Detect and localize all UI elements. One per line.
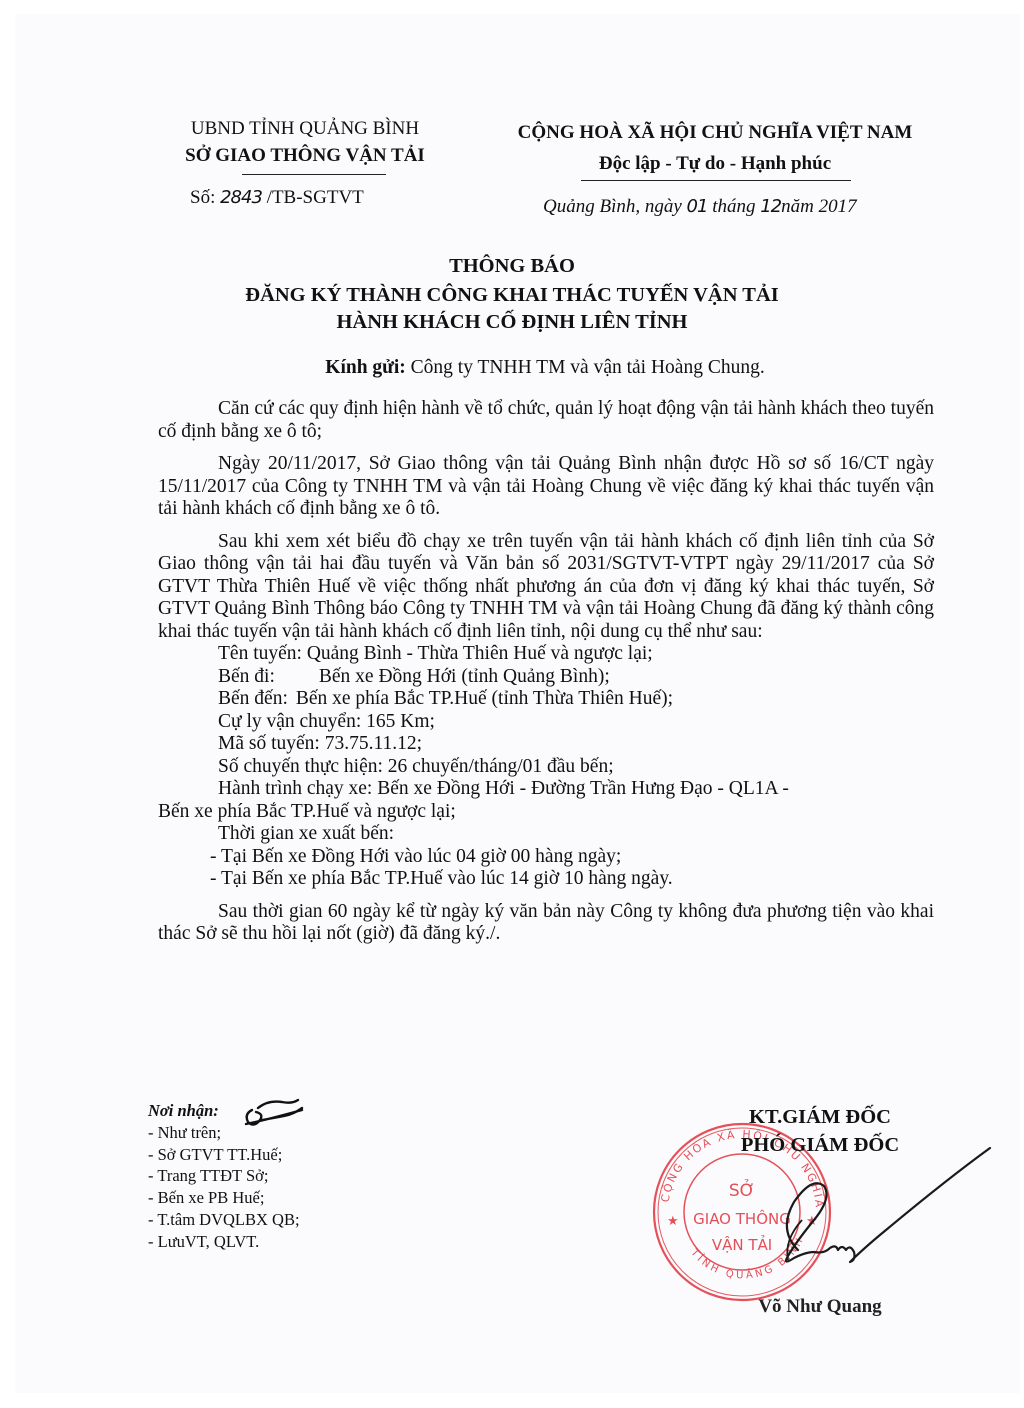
signer-name: Võ Như Quang <box>660 1296 980 1318</box>
handwritten-signature-icon <box>0 0 1024 1408</box>
